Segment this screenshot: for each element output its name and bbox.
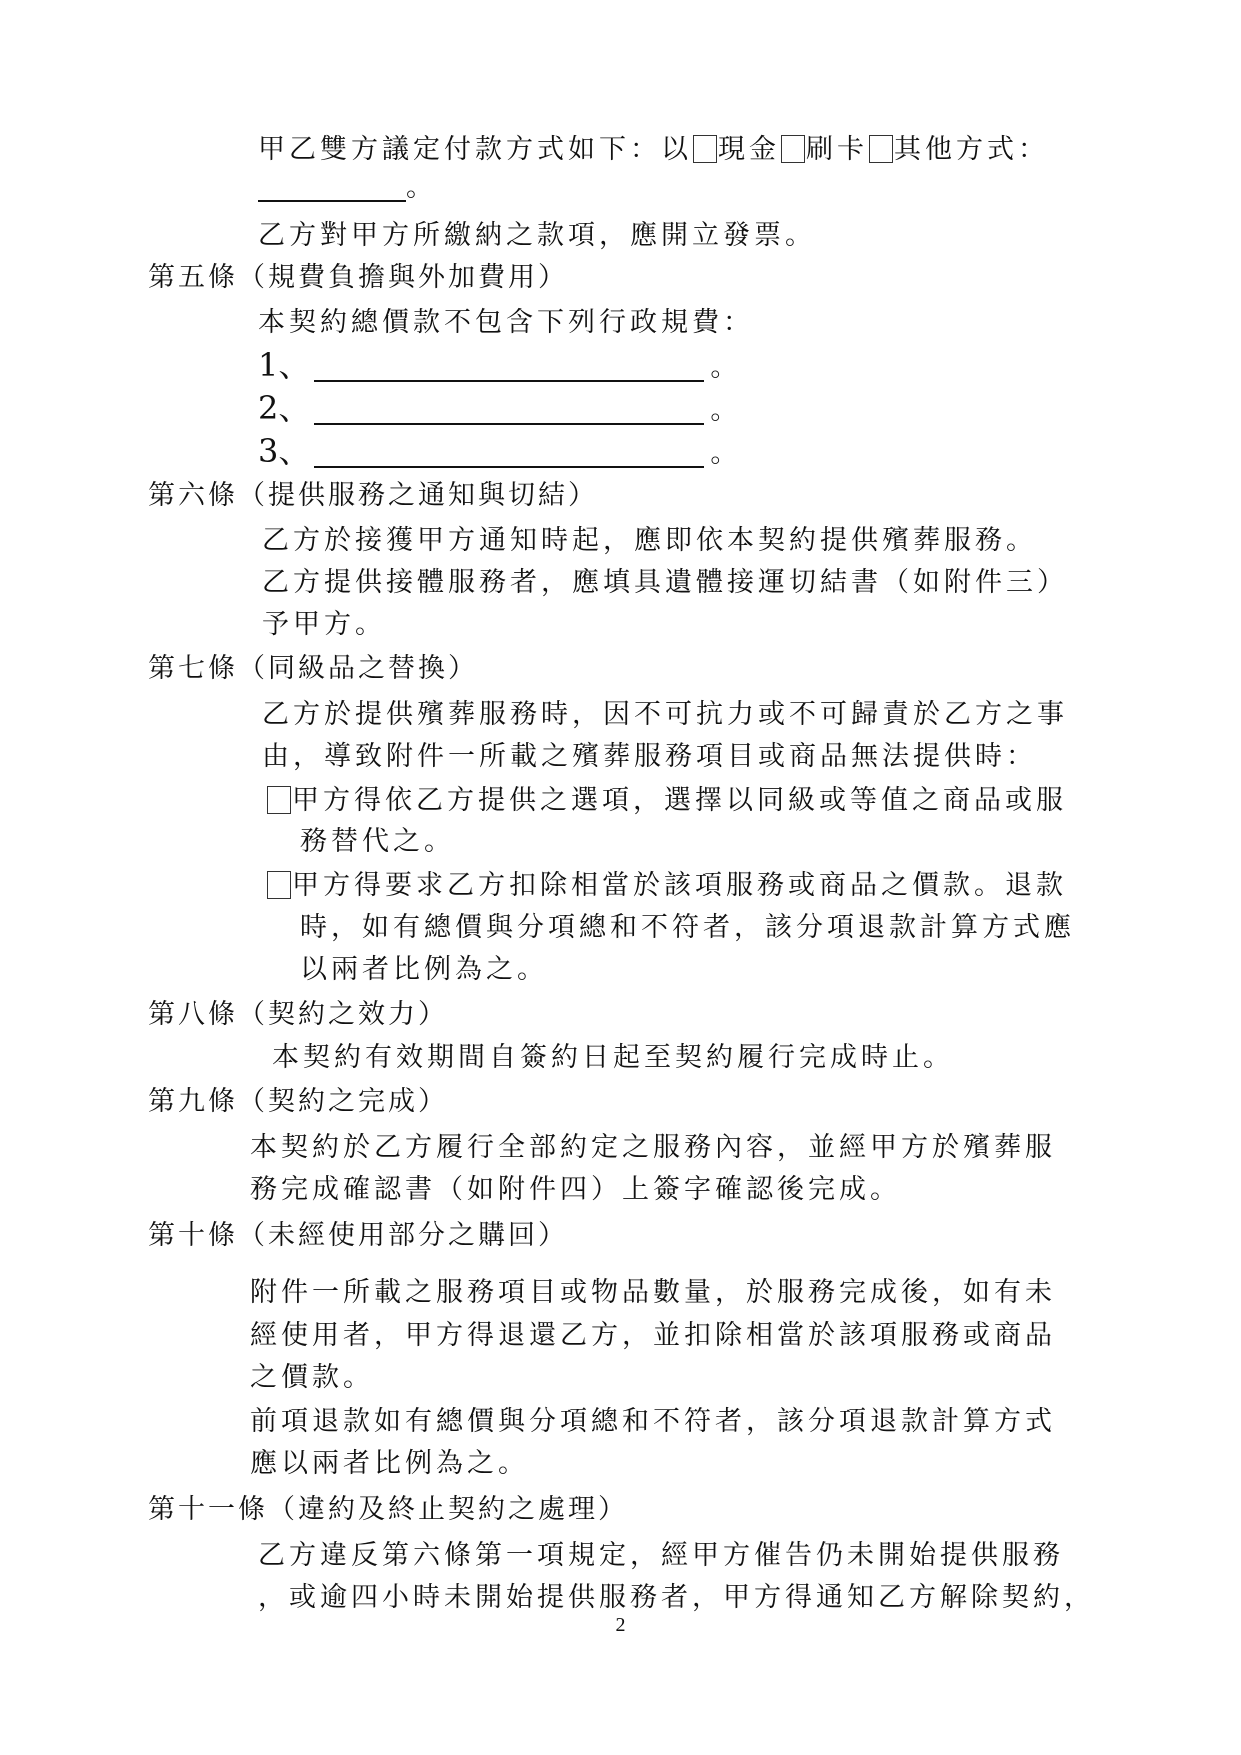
- option-refund-cont: 以兩者比例為之。: [300, 952, 548, 988]
- article-11-body-line: 乙方違反第六條第一項規定，經甲方催告仍未開始提供服務: [258, 1538, 1064, 1574]
- article-11-title: 第十一條（違約及終止契約之處理）: [148, 1492, 628, 1528]
- option-refund-cont: 時，如有總價與分項總和不符者，該分項退款計算方式應: [300, 910, 1075, 946]
- fee-item-1-field[interactable]: [314, 350, 704, 382]
- fee-item-1: 1、。: [258, 347, 737, 386]
- article-6-body-line: 乙方於接獲甲方通知時起，應即依本契約提供殯葬服務。: [262, 523, 1037, 559]
- article-8-body: 本契約有效期間自簽約日起至契約履行完成時止。: [272, 1040, 954, 1076]
- article-10-body-line: 之價款。: [250, 1360, 374, 1396]
- checkbox-refund[interactable]: [267, 871, 291, 899]
- checkbox-cash[interactable]: [693, 135, 717, 163]
- article-9-title: 第九條（契約之完成）: [148, 1084, 448, 1120]
- fee-item-number: 3、: [258, 432, 310, 470]
- option-text: 甲方得要求乙方扣除相當於該項服務或商品之價款。退款: [292, 870, 1067, 901]
- period: 。: [710, 395, 737, 426]
- payment-intro: 甲乙雙方議定付款方式如下：以: [258, 134, 692, 165]
- fee-item-2-field[interactable]: [314, 393, 704, 425]
- article-10-title: 第十條（未經使用部分之購回）: [148, 1218, 568, 1254]
- option-text: 甲方得依乙方提供之選項，選擇以同級或等值之商品或服: [292, 785, 1067, 816]
- checkbox-other[interactable]: [869, 135, 893, 163]
- article-7-title: 第七條（同級品之替換）: [148, 651, 478, 687]
- payment-method-line: 甲乙雙方議定付款方式如下：以現金刷卡其他方式：: [258, 132, 1049, 168]
- invoice-line: 乙方對甲方所繳納之款項，應開立發票。: [258, 218, 816, 254]
- payment-other-blank-line: 。: [258, 170, 437, 206]
- fee-item-number: 1、: [258, 346, 310, 384]
- fee-item-2: 2、。: [258, 390, 737, 429]
- fee-item-number: 2、: [258, 389, 310, 427]
- article-5-title: 第五條（規費負擔與外加費用）: [148, 260, 568, 296]
- payment-other-blank-field[interactable]: [258, 170, 406, 202]
- fee-item-3-field[interactable]: [314, 436, 704, 468]
- checkbox-substitute[interactable]: [267, 786, 291, 814]
- fee-item-3: 3、。: [258, 433, 737, 472]
- option-refund: 甲方得要求乙方扣除相當於該項服務或商品之價款。退款: [266, 868, 1067, 904]
- payment-option-card: 刷卡: [806, 134, 868, 165]
- article-8-title: 第八條（契約之效力）: [148, 997, 448, 1033]
- article-10-body-line: 應以兩者比例為之。: [250, 1446, 529, 1482]
- article-6-title: 第六條（提供服務之通知與切結）: [148, 478, 598, 514]
- payment-option-cash: 現金: [718, 134, 780, 165]
- article-11-body-line: ，或逾四小時未開始提供服務者，甲方得通知乙方解除契約，: [258, 1580, 1095, 1616]
- period: 。: [406, 172, 437, 203]
- option-substitute-cont: 務替代之。: [300, 824, 455, 860]
- article-7-body-line: 乙方於提供殯葬服務時，因不可抗力或不可歸責於乙方之事: [262, 697, 1068, 733]
- article-7-body-line: 由，導致附件一所載之殯葬服務項目或商品無法提供時：: [262, 739, 1037, 775]
- page-number: 2: [0, 1614, 1241, 1637]
- payment-option-other: 其他方式：: [894, 134, 1049, 165]
- article-10-body-line: 經使用者，甲方得退還乙方，並扣除相當於該項服務或商品: [250, 1318, 1056, 1354]
- article-6-body-line: 乙方提供接體服務者，應填具遺體接運切結書（如附件三）: [262, 565, 1068, 601]
- article-10-body-line: 前項退款如有總價與分項總和不符者，該分項退款計算方式: [250, 1404, 1056, 1440]
- period: 。: [710, 438, 737, 469]
- option-substitute: 甲方得依乙方提供之選項，選擇以同級或等值之商品或服: [266, 783, 1067, 819]
- article-6-body-line: 予甲方。: [262, 607, 386, 643]
- period: 。: [710, 352, 737, 383]
- article-9-body-line: 本契約於乙方履行全部約定之服務內容，並經甲方於殯葬服: [250, 1130, 1056, 1166]
- article-9-body-line: 務完成確認書（如附件四）上簽字確認後完成。: [250, 1172, 901, 1208]
- checkbox-card[interactable]: [781, 135, 805, 163]
- article-5-body: 本契約總價款不包含下列行政規費：: [258, 305, 754, 341]
- article-10-body-line: 附件一所載之服務項目或物品數量，於服務完成後，如有未: [250, 1275, 1056, 1311]
- document-page: 甲乙雙方議定付款方式如下：以現金刷卡其他方式： 。 乙方對甲方所繳納之款項，應開…: [0, 0, 1241, 1755]
